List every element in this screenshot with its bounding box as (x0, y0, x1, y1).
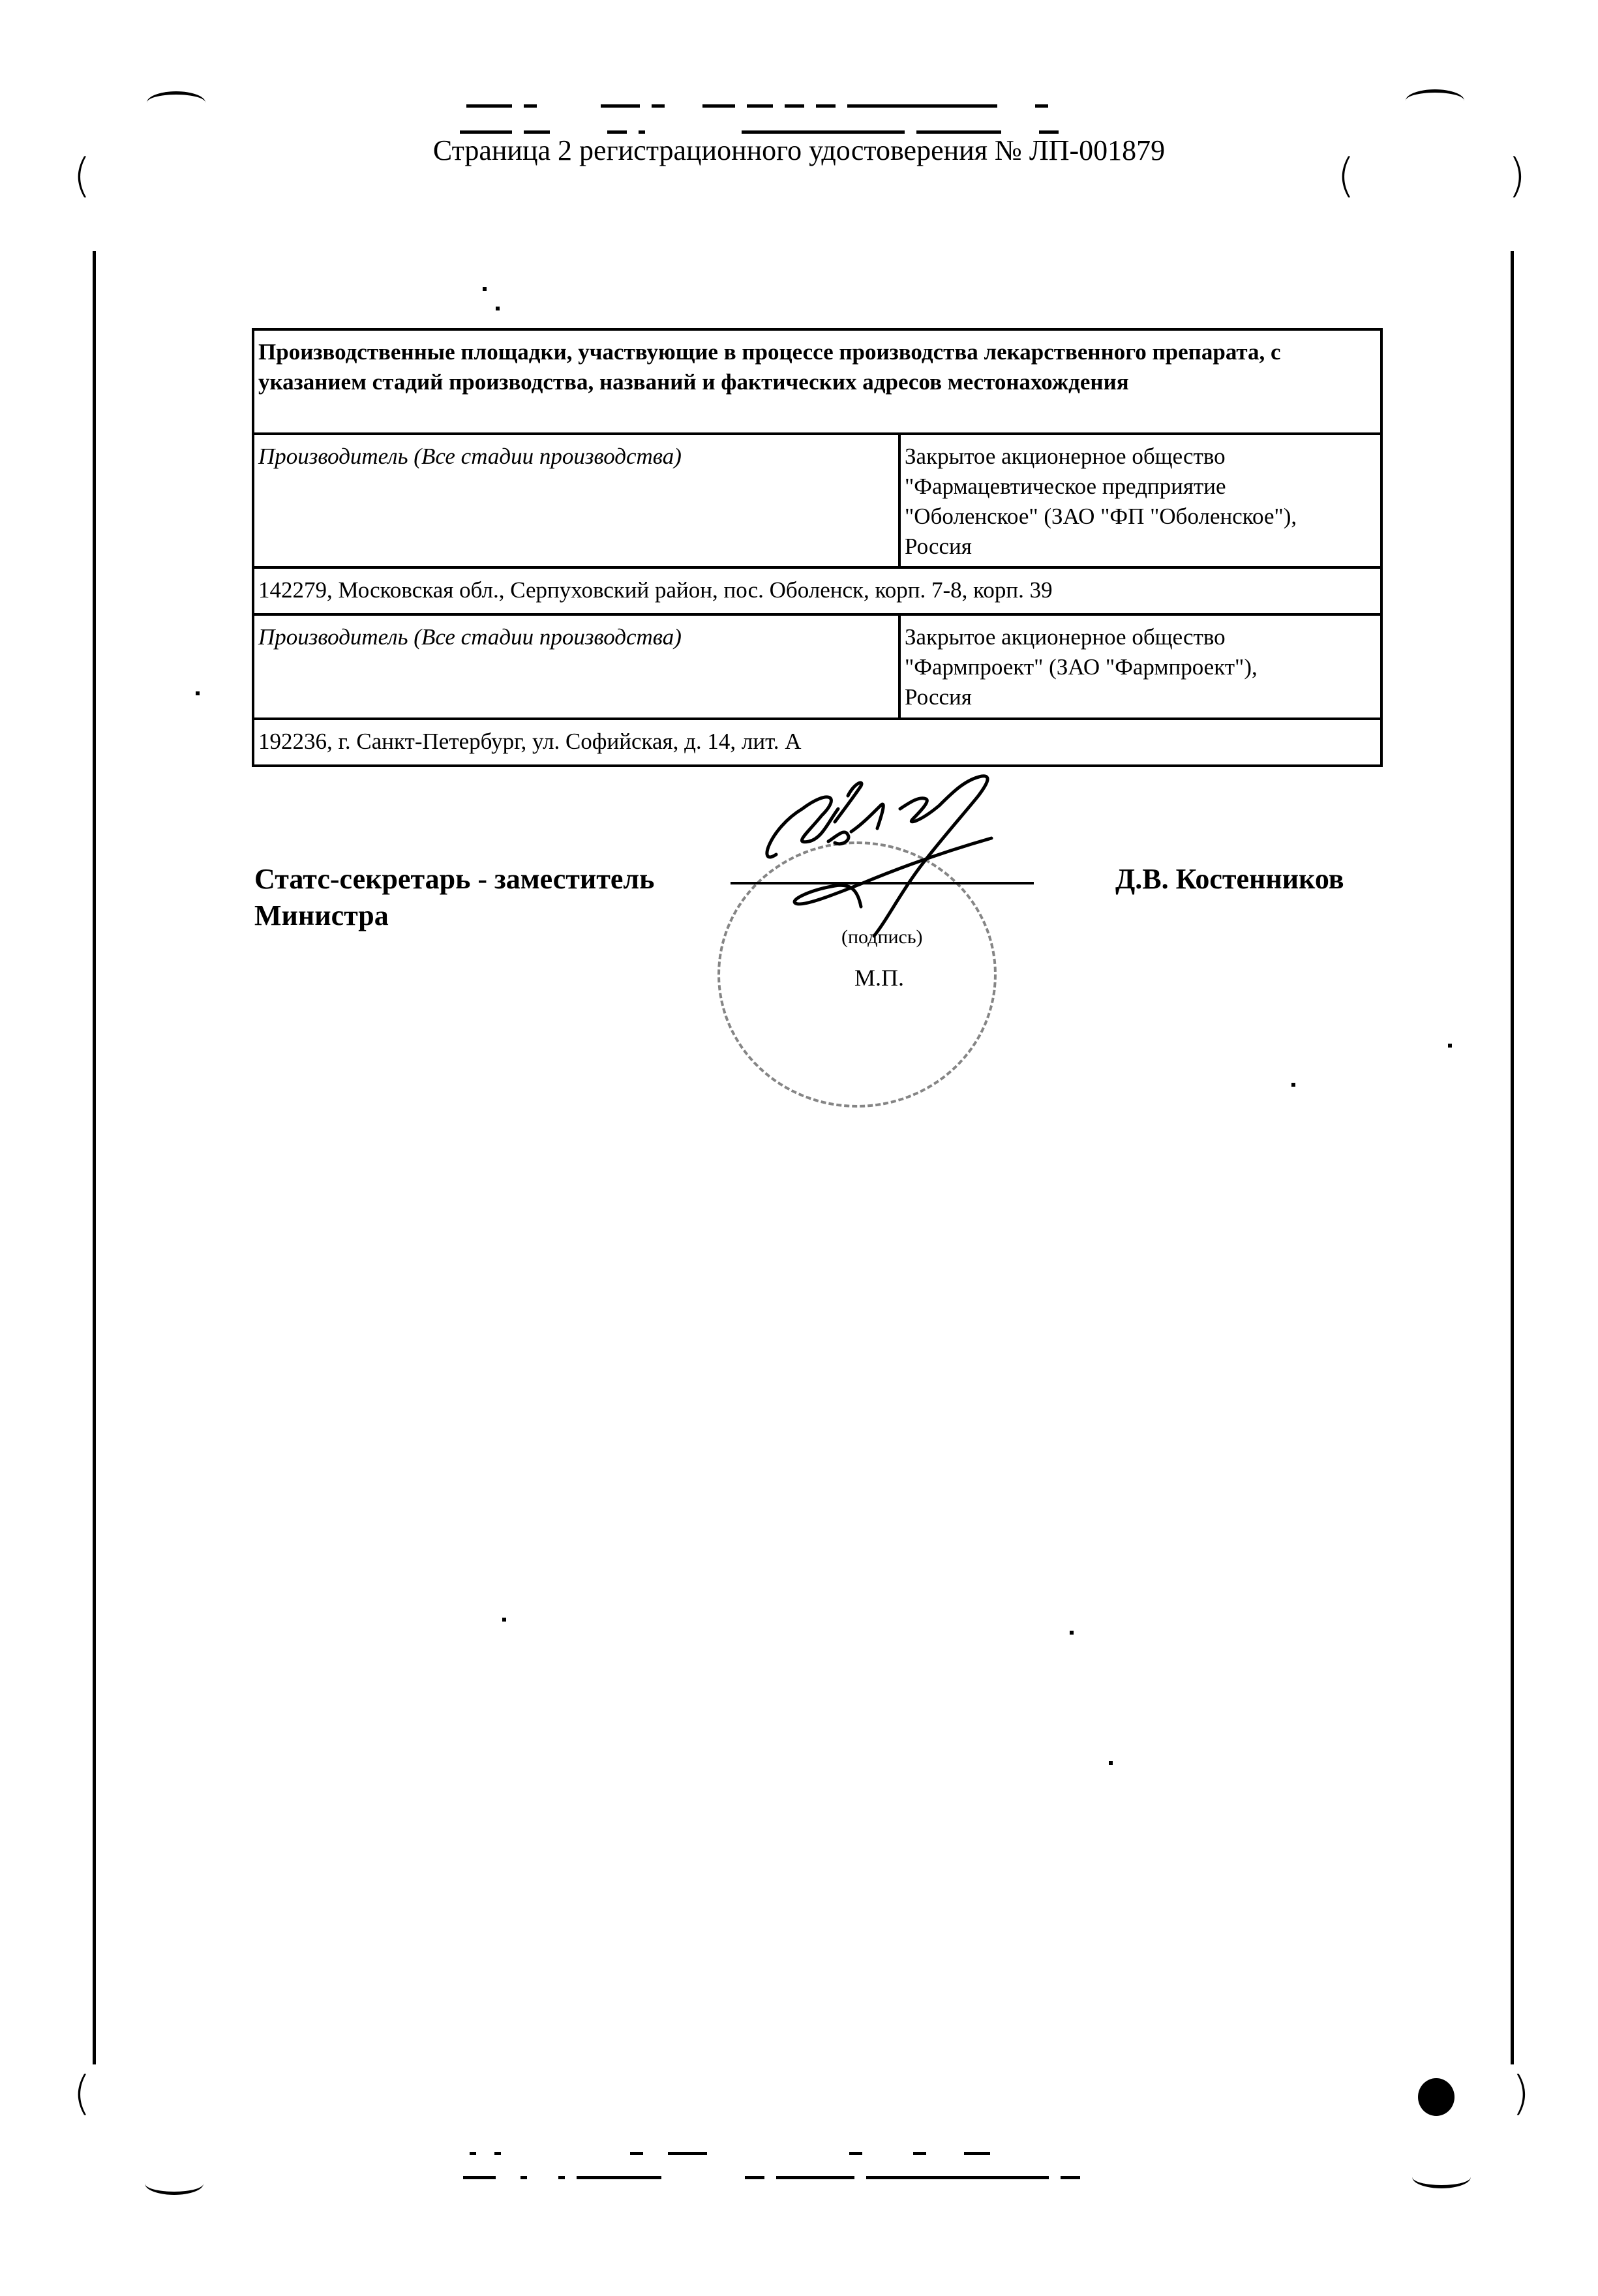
site-role: Производитель (Все стадии производства) (253, 434, 899, 567)
bottom-edge-dashes-lower (470, 2152, 1318, 2155)
org-line: Закрытое акционерное общество (905, 442, 1376, 472)
position-line-1: Статс-секретарь - заместитель (254, 861, 654, 898)
right-border-line (1511, 251, 1514, 2064)
scan-speckle (1109, 1761, 1113, 1765)
corner-arc-top-right (1406, 89, 1464, 112)
signatory-name: Д.В. Костенников (1115, 861, 1344, 898)
production-sites-table: Производственные площадки, участвующие в… (252, 328, 1383, 767)
table-row: Производитель (Все стадии производства) … (253, 434, 1381, 567)
site-address: 142279, Московская обл., Серпуховский ра… (253, 567, 1381, 614)
scan-speckle (496, 307, 500, 310)
top-edge-dashes (466, 104, 1314, 108)
site-address: 192236, г. Санкт-Петербург, ул. Софийска… (253, 719, 1381, 766)
table-row: Производитель (Все стадии производства) … (253, 614, 1381, 719)
scan-speckle (502, 1618, 506, 1622)
bottom-edge-dashes (463, 2176, 1311, 2179)
org-line: "Фармацевтическое предприятие (905, 472, 1376, 502)
scan-speckle (1291, 1083, 1295, 1087)
org-line: "Оболенское" (ЗАО "ФП "Оболенское"), (905, 502, 1376, 532)
site-organization: Закрытое акционерное общество "Фармпроек… (899, 614, 1381, 719)
org-line: Россия (905, 682, 1376, 712)
table-row: 192236, г. Санкт-Петербург, ул. Софийска… (253, 719, 1381, 766)
signature-caption: (подпись) (841, 926, 923, 948)
org-line: Закрытое акционерное общество (905, 622, 1376, 652)
stamp-caption: М.П. (854, 964, 904, 991)
table-heading: Производственные площадки, участвующие в… (253, 329, 1381, 434)
scan-speckle (196, 691, 200, 695)
table-heading-row: Производственные площадки, участвующие в… (253, 329, 1381, 434)
org-line: "Фармпроект" (ЗАО "Фармпроект"), (905, 652, 1376, 682)
handwritten-signature-icon (731, 770, 1044, 939)
signatory-position: Статс-секретарь - заместитель Министра (254, 861, 654, 934)
site-organization: Закрытое акционерное общество "Фармацевт… (899, 434, 1381, 567)
bracket-bottom-left-icon: ( (73, 2066, 91, 2120)
org-line: Россия (905, 532, 1376, 562)
corner-arc-bottom-left (145, 2172, 204, 2195)
site-role: Производитель (Все стадии производства) (253, 614, 899, 719)
table-row: 142279, Московская обл., Серпуховский ра… (253, 567, 1381, 614)
scan-speckle (483, 287, 487, 291)
bracket-bottom-right-icon: ) (1512, 2066, 1530, 2120)
corner-arc-bottom-right (1412, 2166, 1471, 2188)
corner-arc-top-left (147, 91, 205, 114)
scan-speckle (1070, 1631, 1074, 1635)
punch-hole-icon (1418, 2078, 1455, 2116)
position-line-2: Министра (254, 898, 654, 934)
scan-speckle (1448, 1044, 1452, 1048)
left-border-line (93, 251, 96, 2064)
page-title: Страница 2 регистрационного удостоверени… (0, 134, 1598, 167)
